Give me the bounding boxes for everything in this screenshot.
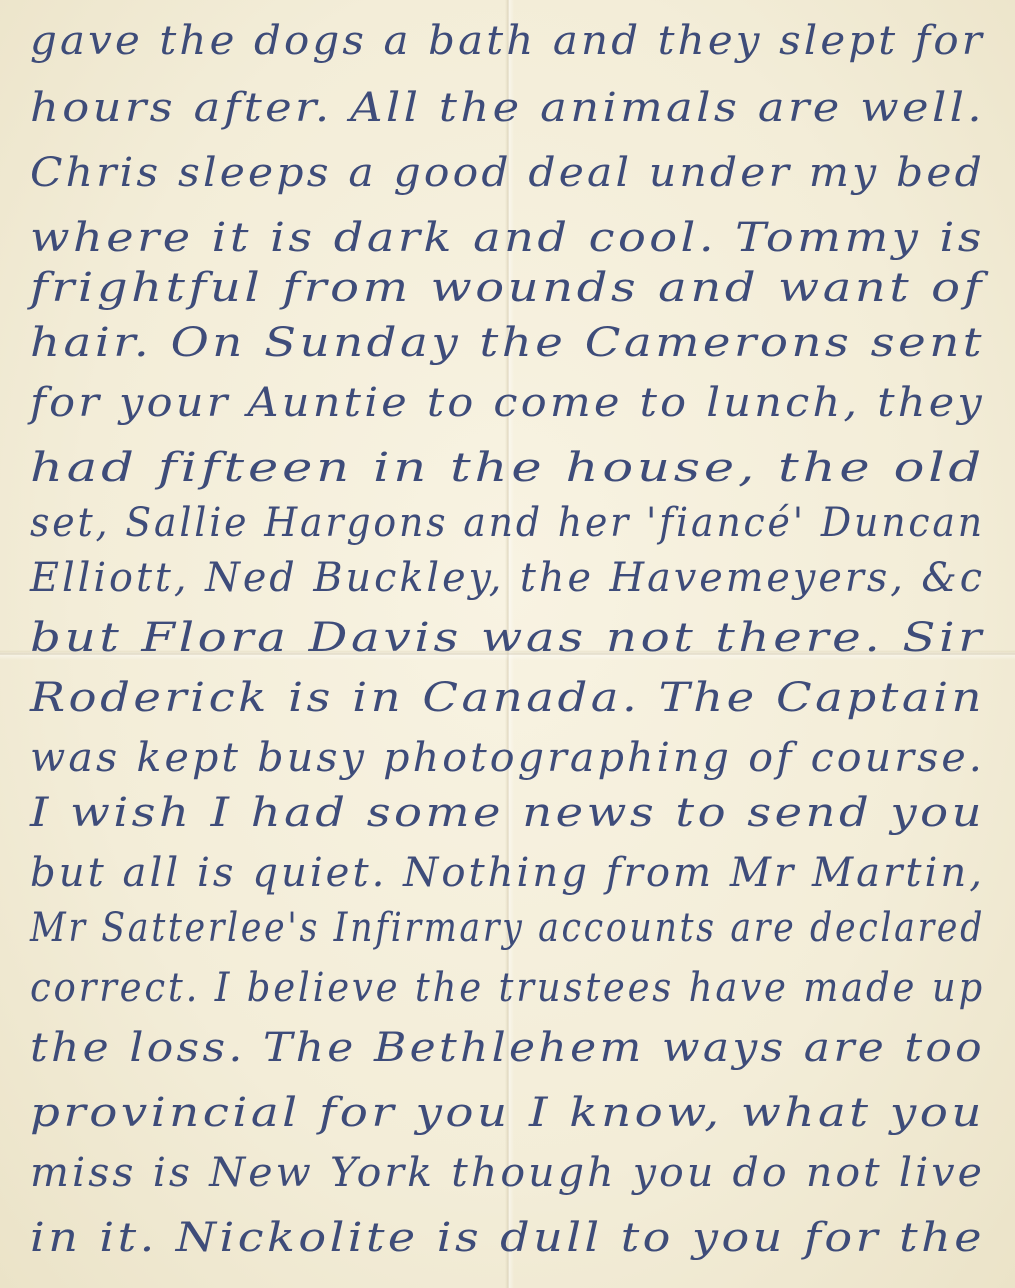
letter-line: the loss. The Bethlehem ways are too xyxy=(30,1025,1015,1071)
letter-line: Chris sleeps a good deal under my bed xyxy=(30,150,1015,196)
letter-line: gave the dogs a bath and they slept for xyxy=(30,18,1015,64)
letter-line: but all is quiet. Nothing from Mr Martin… xyxy=(30,850,1015,896)
letter-line: I wish I had some news to send you xyxy=(30,790,1015,836)
letter-line: had fifteen in the house, the old xyxy=(30,445,1015,491)
letter-line: miss is New York though you do not live xyxy=(30,1150,1015,1196)
letter-line: provincial for you I know, what you xyxy=(30,1090,1015,1136)
letter-line: correct. I believe the trustees have mad… xyxy=(30,965,1015,1011)
letter-line: for your Auntie to come to lunch, they xyxy=(30,380,1015,426)
letter-line: where it is dark and cool. Tommy is xyxy=(30,215,1015,261)
letter-line: Roderick is in Canada. The Captain xyxy=(30,675,1015,721)
letter-line: in it. Nickolite is dull to you for the xyxy=(30,1215,1015,1261)
letter-line: Elliott, Ned Buckley, the Havemeyers, &c xyxy=(30,555,1015,601)
letter-line: but Flora Davis was not there. Sir xyxy=(30,615,1015,661)
letter-line: hair. On Sunday the Camerons sent xyxy=(30,320,1015,366)
letter-line: was kept busy photographing of course. xyxy=(30,735,1015,781)
letter-line: Mr Satterlee's Infirmary accounts are de… xyxy=(30,905,1015,951)
letter-line: frightful from wounds and want of xyxy=(30,265,1015,311)
letter-line: hours after. All the animals are well. xyxy=(30,85,1015,131)
letter-line: set, Sallie Hargons and her 'fiancé' Dun… xyxy=(30,500,1015,546)
